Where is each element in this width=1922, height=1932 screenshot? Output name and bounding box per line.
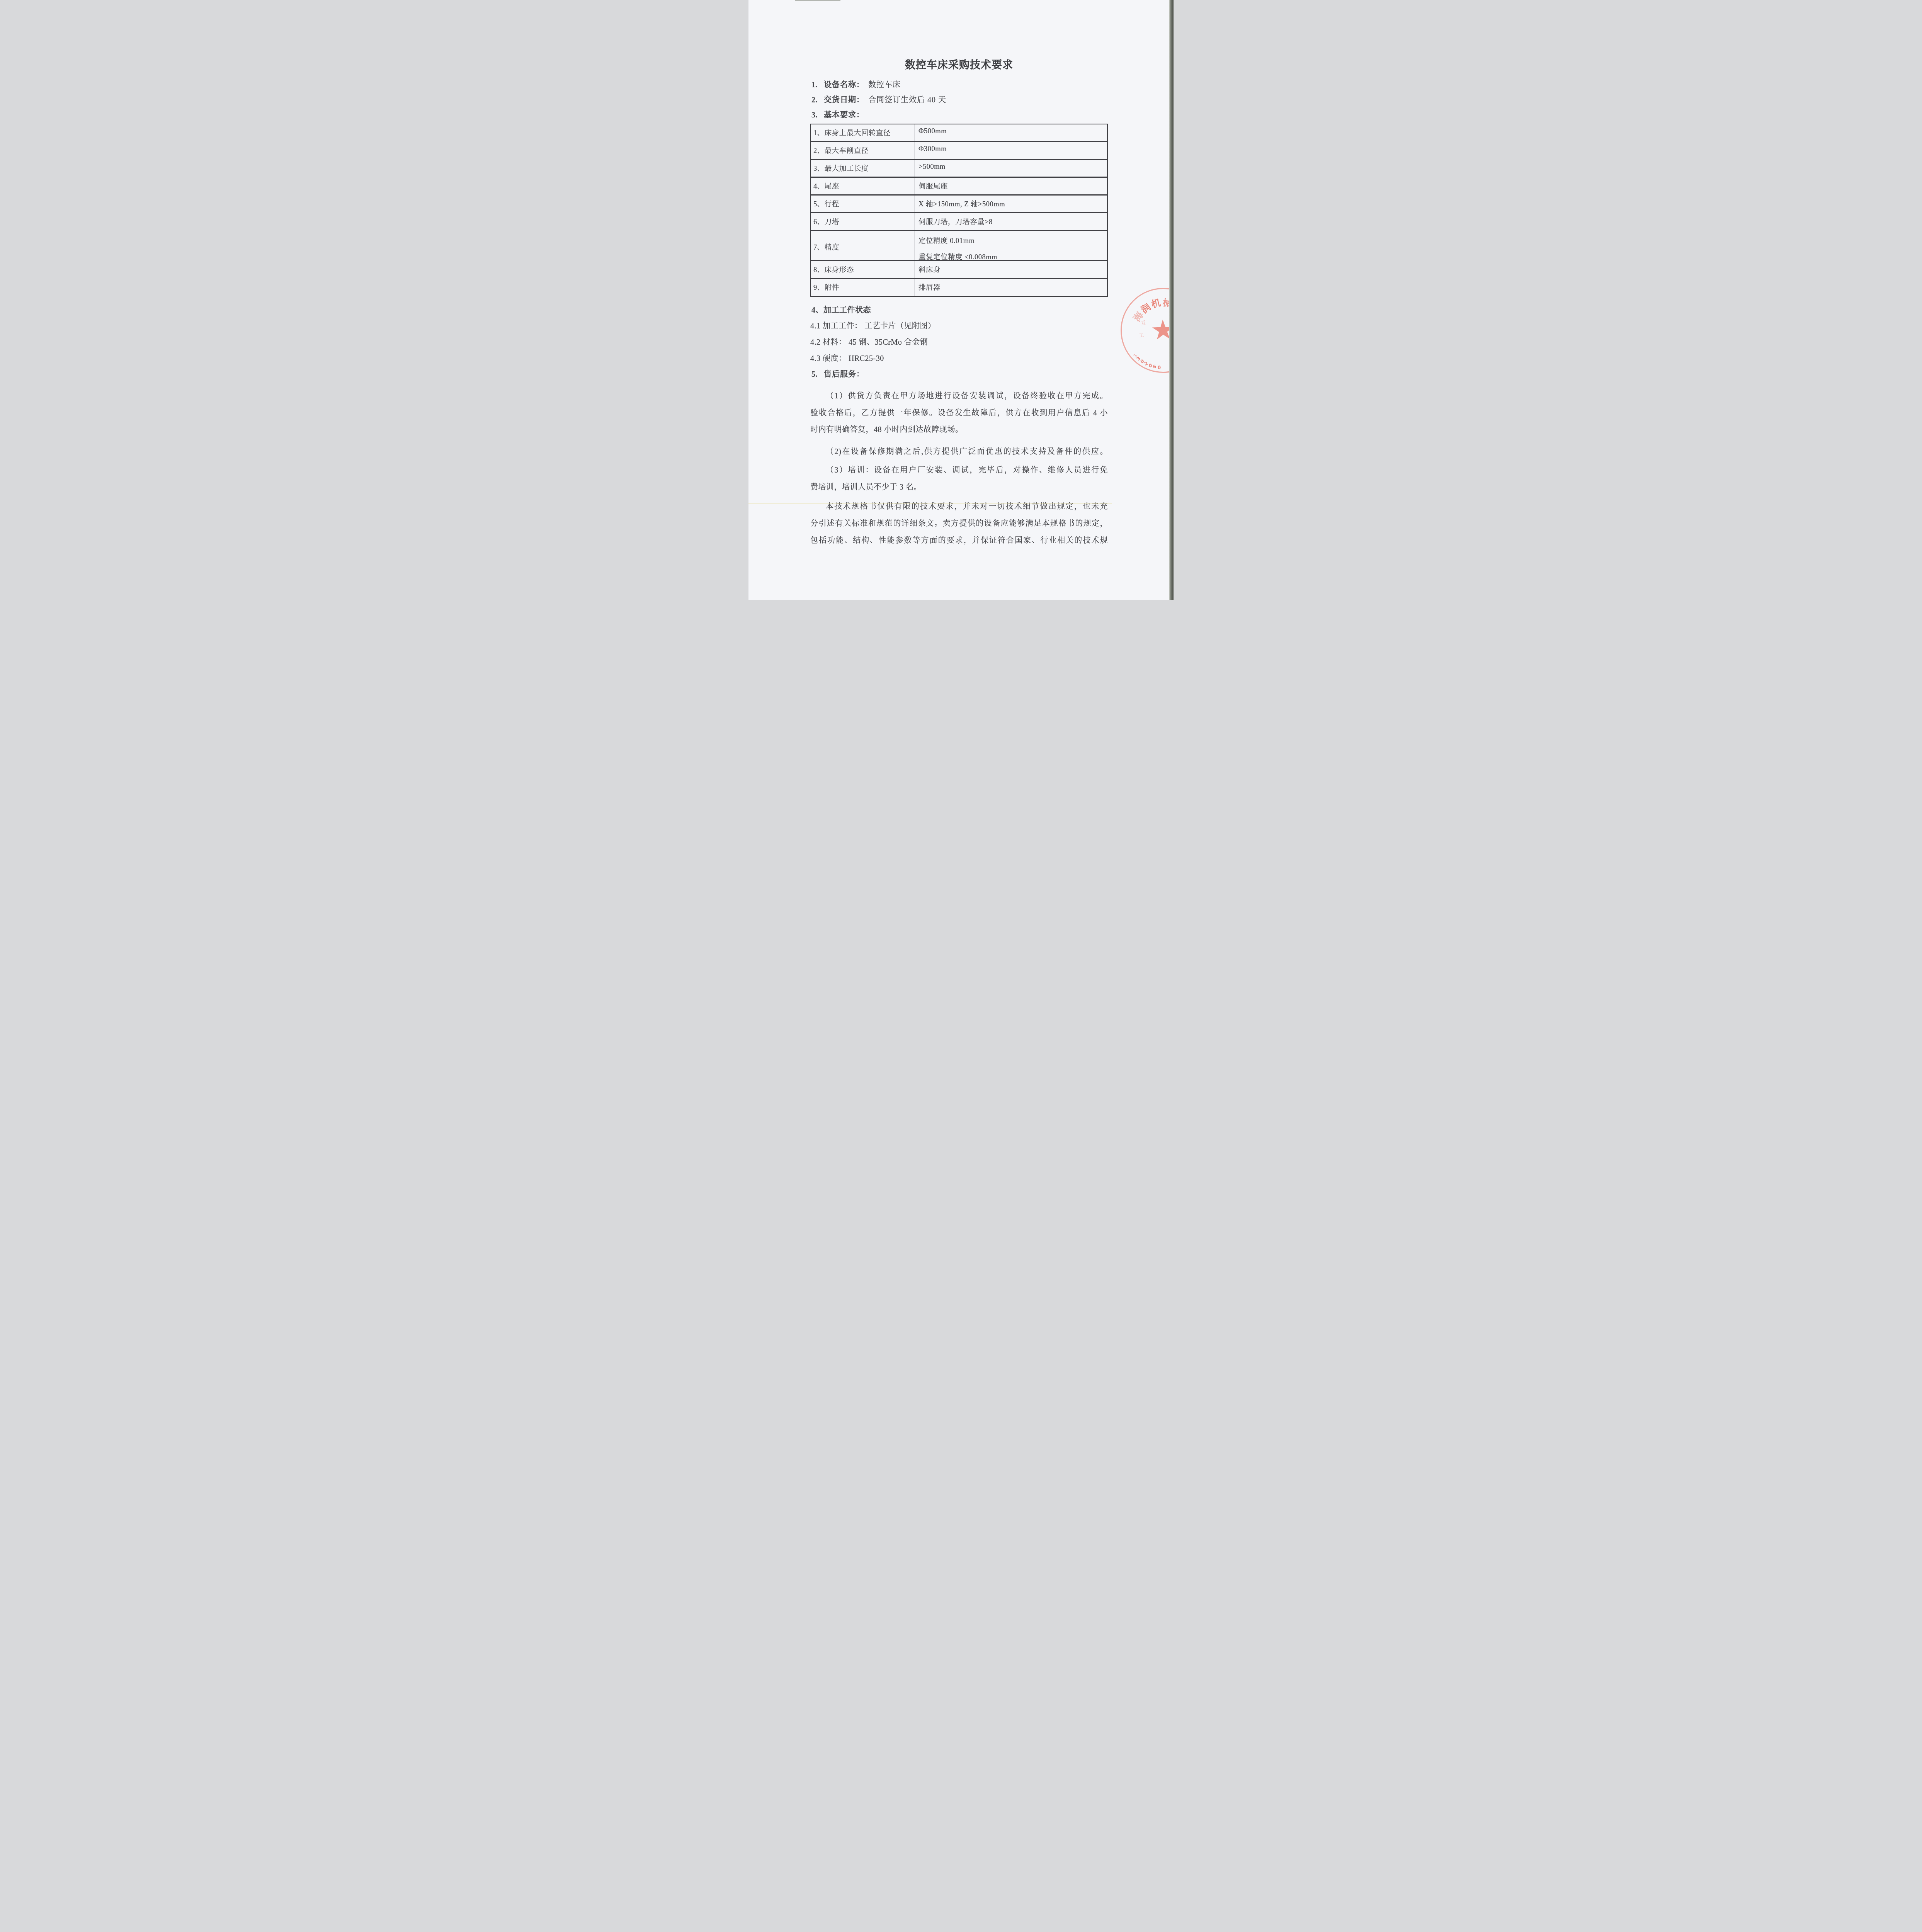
scanned-document-page: 数控车床采购技术要求 1.设备名称：数控车床 2.交货日期：合同签订生效后 40…: [748, 0, 1174, 600]
table-row: 5、行程 X 轴>150mm, Z 轴>500mm: [811, 196, 1107, 213]
section4-line: 4.3 硬度： HRC25-30: [810, 352, 884, 363]
paragraph-line: （2)在设备保修期满之后,供方提供广泛而优惠的技术支持及备件的供应。: [826, 445, 1108, 456]
row-value: Φ300mm: [918, 145, 1105, 153]
paragraph-line: 费培训，培训人员不少于 3 名。: [810, 481, 922, 492]
item-number: 5.: [811, 370, 824, 379]
row-label-cell: 6、刀塔: [811, 213, 915, 230]
row-label-cell: 2、最大车削直径: [811, 142, 915, 159]
row-value-cell: Φ500mm: [915, 124, 1107, 141]
scan-edge-top: [795, 0, 840, 1]
item-value: 数控车床: [868, 81, 901, 89]
row-value: 伺服尾座: [918, 181, 1105, 191]
stamp-serial-digit: 0: [1157, 365, 1161, 371]
scan-streak-artifact: [748, 503, 1112, 504]
closing-line: 分引述有关标准和规范的详细条文。卖方提供的设备应能够满足本规格书的规定，: [810, 517, 1108, 528]
document-title: 数控车床采购技术要求: [810, 56, 1108, 71]
closing-line: 包括功能、结构、性能参数等方面的要求，并保证符合国家、行业相关的技术规: [810, 534, 1108, 545]
row-value: 排屑器: [918, 282, 1105, 292]
red-company-stamp: 海 润 机 械 互 工 1 3 0 2 0 6 0: [1121, 288, 1174, 373]
row-value-2: 重复定位精度 <0.008mm: [918, 252, 1105, 262]
row-label-cell: 1、床身上最大回转直径: [811, 124, 915, 141]
item-label: 交货日期：: [824, 96, 864, 104]
row-value: Φ500mm: [918, 128, 1105, 136]
row-value-cell: 斜床身: [915, 261, 1107, 278]
row-label-cell: 3、最大加工长度: [811, 160, 915, 177]
spec-table: 1、床身上最大回转直径 Φ500mm 2、最大车削直径 Φ300mm 3、最大加…: [810, 124, 1108, 297]
row-value-cell: 伺服尾座: [915, 178, 1107, 194]
table-row: 2、最大车削直径 Φ300mm: [811, 142, 1107, 160]
list-item-basic-requirements: 3.基本要求：: [811, 109, 868, 120]
row-value: 斜床身: [918, 264, 1105, 274]
item-number: 3.: [811, 111, 824, 120]
section4-line: 4.1 加工工件： 工艺卡片（见附图）: [810, 320, 936, 331]
table-row-precision: 7、精度 定位精度 0.01mm重复定位精度 <0.008mm: [811, 231, 1107, 261]
paragraph-line: 时内有明确答复，48 小时内到达故障现场。: [810, 423, 963, 434]
section4-heading: 4、加工工件状态: [811, 304, 871, 315]
item-label: 设备名称：: [824, 81, 864, 89]
table-row: 3、最大加工长度 >500mm: [811, 160, 1107, 178]
row-value-cell: Φ300mm: [915, 142, 1107, 159]
row-label-cell: 9、附件: [811, 279, 915, 296]
closing-line: 本技术规格书仅供有限的技术要求，并未对一切技术细节做出规定，也未充: [826, 500, 1108, 511]
row-label-cell: 7、精度: [811, 231, 915, 260]
scan-edge-right: [1169, 0, 1174, 600]
list-item-delivery-date: 2.交货日期：合同签订生效后 40 天: [811, 94, 946, 105]
table-row: 1、床身上最大回转直径 Φ500mm: [811, 124, 1107, 142]
row-value-cell: 伺服刀塔，刀塔容量>8: [915, 213, 1107, 230]
table-row: 4、尾座 伺服尾座: [811, 178, 1107, 196]
item-value: 合同签订生效后 40 天: [868, 96, 946, 104]
row-label-cell: 8、床身形态: [811, 261, 915, 278]
list-item-device-name: 1.设备名称：数控车床: [811, 78, 901, 90]
table-row: 8、床身形态 斜床身: [811, 261, 1107, 279]
table-row: 6、刀塔 伺服刀塔，刀塔容量>8: [811, 213, 1107, 231]
table-row: 9、附件 排屑器: [811, 279, 1107, 296]
item-number: 2.: [811, 96, 824, 105]
row-value-cell: 排屑器: [915, 279, 1107, 296]
paragraph-line: （1）供货方负责在甲方场地进行设备安装调试，设备终验收在甲方完成。: [826, 389, 1108, 401]
paragraph-line: 验收合格后，乙方提供一年保修。设备发生故障后，供方在收到用户信息后 4 小: [810, 406, 1108, 418]
section4-line: 4.2 材料： 45 钢、35CrMo 合金钢: [810, 336, 928, 347]
row-value-cell: 定位精度 0.01mm重复定位精度 <0.008mm: [915, 231, 1107, 260]
row-value-cell: X 轴>150mm, Z 轴>500mm: [915, 196, 1107, 212]
item-number: 1.: [811, 81, 824, 90]
row-value: 伺服刀塔，刀塔容量>8: [918, 216, 1105, 226]
row-value: 定位精度 0.01mm: [918, 235, 1105, 245]
row-label-cell: 4、尾座: [811, 178, 915, 194]
item-label: 基本要求：: [824, 111, 864, 119]
paragraph-line: （3）培训：设备在用户厂安装、调试，完毕后，对操作、维修人员进行免: [826, 464, 1108, 475]
section5-heading: 5.售后服务：: [811, 368, 864, 379]
row-value-cell: >500mm: [915, 160, 1107, 177]
item-label: 售后服务：: [824, 370, 864, 379]
row-value: >500mm: [918, 163, 1105, 171]
row-label-cell: 5、行程: [811, 196, 915, 212]
row-value: X 轴>150mm, Z 轴>500mm: [918, 199, 1105, 209]
